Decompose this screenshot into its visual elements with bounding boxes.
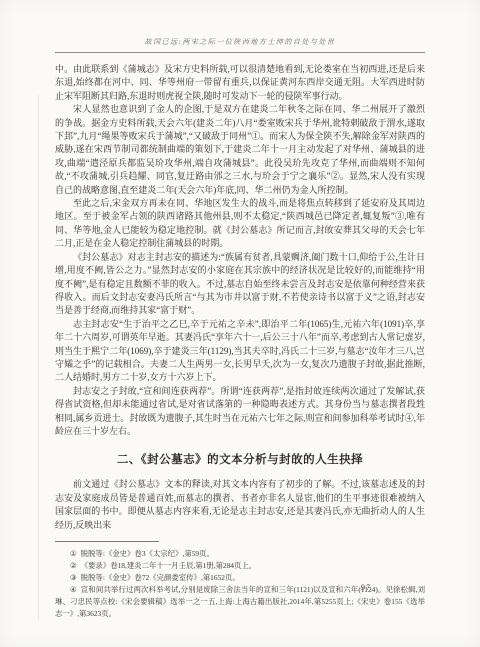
body-paragraph-continuation: 中。由此联系到《蒲城志》及宋方史料所载,可以很清楚地看到,无论娄室在当初西进,还… [55,63,425,103]
scan-artifact-line [38,95,39,620]
footnote-marker-4: ④ [70,585,77,594]
body-paragraph-5: 封志安之子封敀,“宣和间连获两荐”。所谓“连获两荐”,是指封敀连续两次通过了发解… [55,385,425,439]
body-paragraph-1: 宋人显然也意识到了金人的企图,于是双方在建炎二年秋冬之际在同、华二州展开了激烈的… [55,103,425,197]
section-heading: 二、《封公墓志》的文本分析与封敀的人生抉择 [55,451,425,467]
footnote-item-2: ②《要录》卷18,建炎二年十一月壬辰,第1册,第284页上。 [55,560,425,572]
body-paragraph-4: 志主封志安“生于治平之乙巳,卒于元祐之辛未”,即治平二年(1065)生,元祐六年… [55,318,425,385]
running-header: 故国已远:两宋之际一位陕西地方士绅的自处与处世 [55,38,425,47]
footnote-marker-1: ① [70,549,77,558]
footnote-text-1: 脱脱等:《金史》卷3《太宗纪》,第59页。 [81,549,214,558]
footnote-marker-3: ③ [70,573,77,582]
footnote-item-1: ①脱脱等:《金史》卷3《太宗纪》,第59页。 [55,548,425,560]
body-paragraph-6: 前文通过《封公墓志》文本的释读,对其文本内容有了初步的了解。不过,该墓志述及的封… [55,478,425,532]
footnote-divider [55,541,159,542]
article-body: 中。由此联系到《蒲城志》及宋方史料所载,可以很清楚地看到,无论娄室在当初西进,还… [55,63,425,438]
header-rule [55,52,425,53]
footnote-text-2: 《要录》卷18,建炎二年十一月壬辰,第1册,第284页上。 [81,561,257,570]
page-content: 故国已远:两宋之际一位陕西地方士绅的自处与处世 中。由此联系到《蒲城志》及宋方史… [55,38,425,621]
body-paragraph-2: 至此之后,宋金双方再未在同、华地区发生大的战斗,而是将焦点转移到了延安府及其周边… [55,197,425,251]
body-paragraph-3: 《封公墓志》对志主封志安的描述为:“族属有贫者,具蒙赒济,阖门数十口,仰给于公,… [55,251,425,318]
scanned-paper-page: 故国已远:两宋之际一位陕西地方士绅的自处与处世 中。由此联系到《蒲城志》及宋方史… [0,0,480,647]
footnote-marker-2: ② [70,561,77,570]
footnote-text-3: 脱脱等:《金史》卷72《完颜娄室传》,第1652页。 [81,573,240,582]
page-number: 97 [361,583,371,592]
article-body-after-heading: 前文通过《封公墓志》文本的释读,对其文本内容有了初步的了解。不过,该墓志述及的封… [55,478,425,532]
